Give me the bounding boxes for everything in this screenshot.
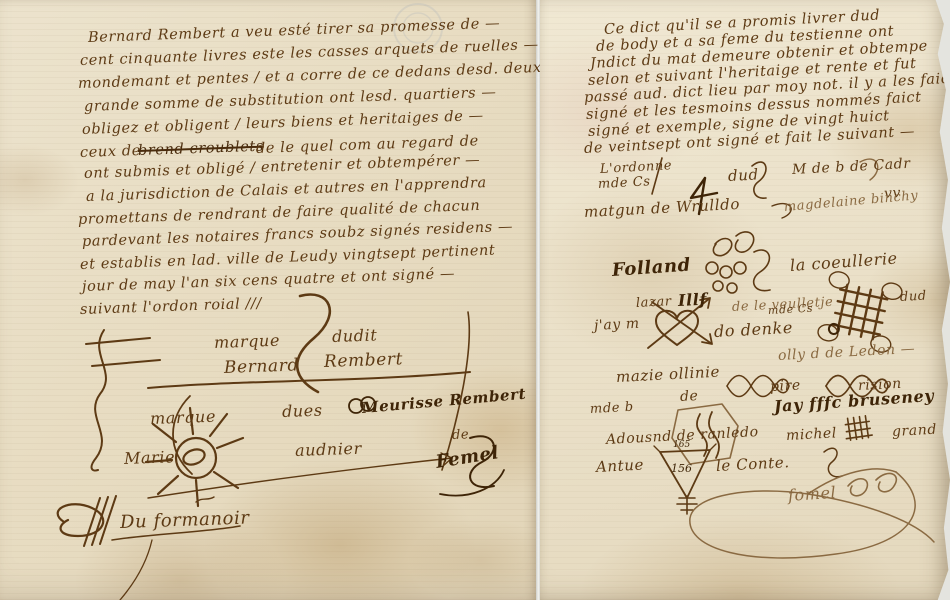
manuscript-line: de [680, 388, 699, 405]
signature-text: j'ay m [594, 316, 641, 334]
manuscript-line: M de b de Cadr [792, 156, 911, 178]
manuscript-photo: { "colors":{ "ink":"#5d3a14","ink_dark":… [0, 0, 950, 600]
signature-text: fomel [787, 483, 837, 505]
left-page-lines: Bernard Rembert a veu esté tirer sa prom… [0, 0, 536, 600]
manuscript-line: dud [728, 165, 760, 185]
manuscript-line: grand [892, 422, 938, 440]
signature-text: Marie [124, 447, 176, 468]
manuscript-line: pire [770, 377, 802, 395]
signature-text: Rembert [324, 349, 404, 372]
signature-text: Meurisse Rembert [361, 385, 527, 417]
manuscript-line: olly d de Ledon — [778, 341, 916, 364]
signature-text: le Conte. [716, 453, 791, 475]
signature-text: Du formanoir [120, 507, 250, 533]
signature-text: Bernard [224, 355, 300, 378]
manuscript-line: suivant l'ordon roial /// [80, 296, 263, 318]
signature-text: magdelaine binchy [783, 188, 919, 215]
signature-text: dues [282, 401, 323, 421]
manuscript-line: lazar [636, 294, 672, 311]
signature-text: Adousnd de ranledo [606, 424, 759, 448]
right-page: 156 165 Ce dict qu'il se a promis livrer… [540, 0, 950, 600]
signature-text: mazie ollinie [616, 363, 721, 386]
signature-text: audnier [295, 439, 362, 460]
page-gap [536, 0, 540, 600]
manuscript-line: dud [900, 289, 928, 305]
signature-text: de [452, 427, 470, 443]
right-page-lines: Ce dict qu'il se a promis livrer dudde b… [540, 0, 950, 600]
signature-text: do denke [714, 318, 794, 341]
manuscript-line: brend croublets [138, 139, 264, 159]
signature-text: marque [214, 331, 281, 352]
manuscript-line: mde Cs [768, 302, 814, 317]
signature-text: Folland [611, 255, 691, 281]
manuscript-line: michel [786, 425, 838, 444]
signature-text: Antue [596, 455, 645, 475]
signature-text: la coeullerie [789, 248, 898, 274]
signature-text: Femel [434, 442, 500, 473]
manuscript-line: mde b [590, 400, 635, 417]
signature-text: dudit [332, 325, 378, 346]
signature-text: marque [150, 407, 217, 428]
manuscript-line: mde Cs [598, 174, 651, 192]
manuscript-line: ceux de [80, 143, 141, 161]
manuscript-line: Illf [678, 289, 708, 309]
signature-text: matgun de Wrulldo [584, 195, 741, 221]
left-page: Bernard Rembert a veu esté tirer sa prom… [0, 0, 536, 600]
